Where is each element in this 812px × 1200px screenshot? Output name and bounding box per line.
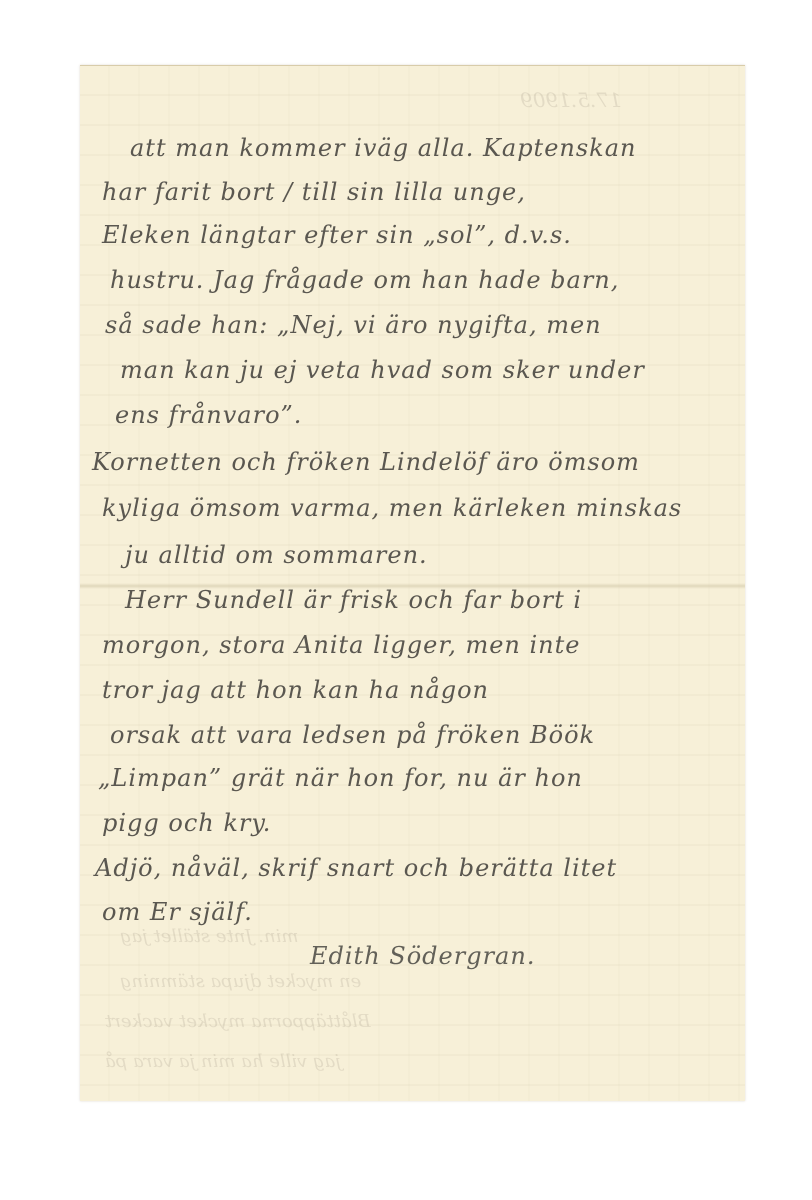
letter-line-2: har farit bort / till sin lilla unge, [102,178,526,206]
letter-line-17: Adjö, nåväl, skrif snart och berätta lit… [95,854,617,882]
bleed-through-text-2: en mycket djupa stämning [120,971,361,992]
letter-line-10: ju alltid om sommaren. [125,541,428,569]
bleed-through-text-4: jag ville ha min ja vara på [105,1051,341,1072]
bleed-through-text-1: min. Jnte stället jag [120,926,298,947]
letter-line-3: Eleken längtar efter sin „sol”, d.v.s. [102,221,572,249]
letter-line-12: morgon, stora Anita ligger, men inte [102,631,580,659]
letter-line-4: hustru. Jag frågade om han hade barn, [110,266,619,294]
letter-line-9: kyliga ömsom varma, men kärleken minskas [102,494,682,522]
letter-line-15: „Limpan” grät när hon for, nu är hon [98,764,583,792]
bleed-through-text-3: Blåttäpporna mycket vackert [105,1011,371,1032]
letter-line-11: Herr Sundell är frisk och far bort i [125,586,582,614]
letter-page: 17.5.1909 att man kommer iväg alla. Kapt… [80,65,745,1101]
letter-line-5: så sade han: „Nej, vi äro nygifta, men [105,311,602,339]
bleed-through-date: 17.5.1909 [520,88,622,112]
letter-line-14: orsak att vara ledsen på fröken Böök [110,721,595,749]
signature: Edith Södergran. [310,942,535,970]
letter-line-8: Kornetten och fröken Lindelöf äro ömsom [92,448,640,476]
letter-line-1: att man kommer iväg alla. Kaptenskan [130,134,636,162]
letter-line-7: ens frånvaro”. [115,401,302,429]
letter-line-18: om Er själf. [102,898,253,926]
letter-line-13: tror jag att hon kan ha någon [102,676,489,704]
letter-line-16: pigg och kry. [102,809,271,837]
letter-line-6: man kan ju ej veta hvad som sker under [120,356,645,384]
